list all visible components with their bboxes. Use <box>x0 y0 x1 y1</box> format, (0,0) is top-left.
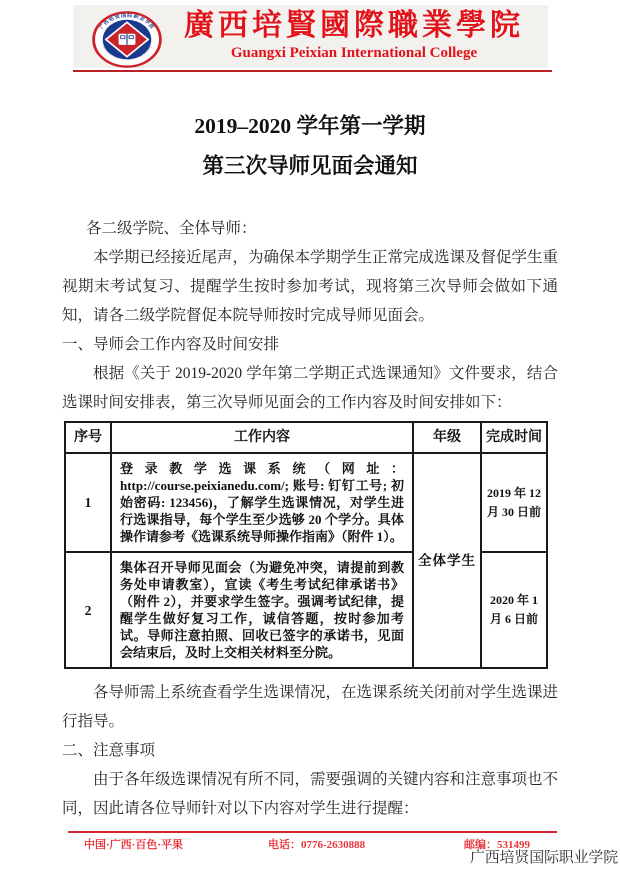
grade-cell: 全体学生 <box>413 453 481 668</box>
row1-content: 登录教学选课系统（网址：http://course.peixianedu.com… <box>111 453 413 552</box>
salutation: 各二级学院、全体导师： <box>62 214 558 243</box>
document-page: 广西培贤国际职业学院 GUANGXI PEIXIAN INTERNATIONAL… <box>0 0 620 869</box>
college-name-en: Guangxi Peixian International College <box>163 44 545 62</box>
college-name-zh: 廣西培賢國際職業學院 <box>163 8 545 44</box>
table-header-row: 序号 工作内容 年级 完成时间 <box>65 422 547 453</box>
document-body: 各二级学院、全体导师： 本学期已经接近尾声，为确保本学期学生正常完成选课及督促学… <box>62 214 558 823</box>
schedule-table: 序号 工作内容 年级 完成时间 1 登录教学选课系统（网址：http://cou… <box>64 421 548 669</box>
row2-content: 集体召开导师见面会（为避免冲突，请提前到教务处申请教室），宣读《考生考试纪律承诺… <box>111 552 413 668</box>
footer-divider <box>68 831 557 833</box>
col-header-content: 工作内容 <box>111 422 413 453</box>
row2-no: 2 <box>65 552 111 668</box>
section-2-heading: 二、注意事项 <box>62 736 558 765</box>
table-row-1: 1 登录教学选课系统（网址：http://course.peixianedu.c… <box>65 453 547 552</box>
row2-deadline: 2020 年 1 月 6 日前 <box>481 552 547 668</box>
title-line-1: 2019–2020 学年第一学期 <box>0 106 620 146</box>
paragraph-basis: 根据《关于 2019-2020 学年第二学期正式选课通知》文件要求，结合选课时间… <box>62 359 558 417</box>
document-title: 2019–2020 学年第一学期 第三次导师见面会通知 <box>0 106 620 186</box>
letterhead-text: 廣西培賢國際職業學院 Guangxi Peixian International… <box>163 8 545 62</box>
footer-college-name: 广西培贤国际职业学院 <box>470 846 618 867</box>
col-header-grade: 年级 <box>413 422 481 453</box>
footer-phone: 电话：0776-2630888 <box>268 836 365 852</box>
row1-deadline: 2019 年 12 月 30 日前 <box>481 453 547 552</box>
section-1-heading: 一、导师会工作内容及时间安排 <box>62 330 558 359</box>
col-header-deadline: 完成时间 <box>481 422 547 453</box>
header-divider <box>73 70 552 72</box>
college-seal-icon: 广西培贤国际职业学院 GUANGXI PEIXIAN INTERNATIONAL… <box>92 11 162 68</box>
title-line-2: 第三次导师见面会通知 <box>0 146 620 186</box>
footer-location: 中国·广西·百色·平果 <box>84 836 183 852</box>
col-header-no: 序号 <box>65 422 111 453</box>
paragraph-notes: 由于各年级选课情况有所不同，需要强调的关键内容和注意事项也不同，因此请各位导师针… <box>62 765 558 823</box>
paragraph-guidance: 各导师需上系统查看学生选课情况，在选课系统关闭前对学生选课进行指导。 <box>62 678 558 736</box>
paragraph-intro: 本学期已经接近尾声，为确保本学期学生正常完成选课及督促学生重视期末考试复习、提醒… <box>62 243 558 330</box>
letterhead: 广西培贤国际职业学院 GUANGXI PEIXIAN INTERNATIONAL… <box>73 5 548 68</box>
row1-no: 1 <box>65 453 111 552</box>
